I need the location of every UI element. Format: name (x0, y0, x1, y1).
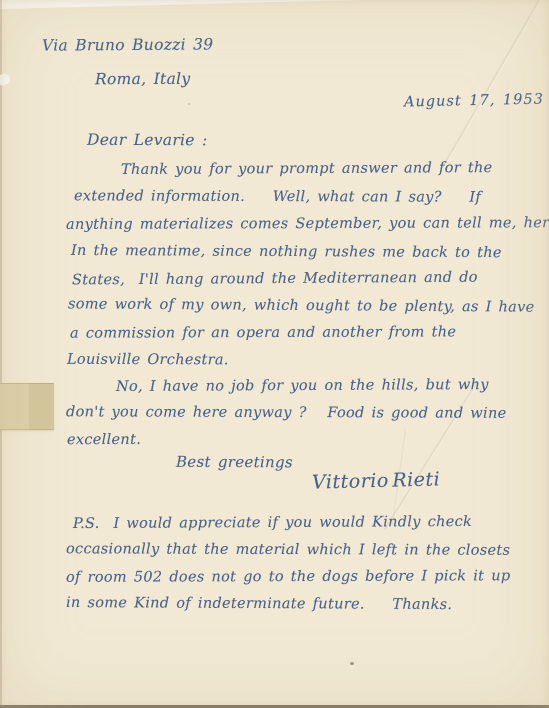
body-line: extended information. Well, what can I s… (74, 187, 481, 206)
postscript-line: P.S. I would appreciate if you would Kin… (73, 513, 472, 533)
paper-top-edge (0, 0, 362, 9)
body-line: In the meantime, since nothing rushes me… (71, 242, 502, 262)
paper-speck (188, 103, 190, 105)
fold-crease (384, 381, 478, 530)
body-line: Thank you for your prompt answer and for… (121, 159, 493, 179)
body-line: don't you come here anyway ? Food is goo… (66, 403, 507, 423)
letter-date: August 17, 1953 (404, 91, 544, 112)
body-line: some work of my own, which ought to be p… (68, 295, 535, 316)
sender-address-line-1: Via Bruno Buozzi 39 (42, 35, 214, 54)
body-line: No, I have no job for you on the hills, … (116, 376, 489, 396)
postscript-line: in some Kind of indeterminate future. Th… (66, 594, 452, 614)
body-line: anything materializes comes September, y… (66, 214, 549, 234)
sender-address-line-2: Roma, Italy (95, 70, 190, 88)
postscript-line: occasionally that the material which I l… (66, 540, 510, 560)
paper-tear-highlight (0, 72, 11, 86)
paper-speck (350, 662, 354, 665)
closing: Best greetings (176, 453, 293, 472)
body-line: excellent. (67, 431, 141, 449)
salutation: Dear Levarie : (87, 131, 208, 149)
body-line: a commission for an opera and another fr… (70, 323, 456, 342)
tape-piece (0, 383, 54, 430)
body-line: Louisville Orchestra. (67, 351, 229, 370)
paper-left-edge (0, 0, 2, 708)
body-line: States, I'll hang around the Mediterrane… (72, 269, 478, 290)
postscript-line: of room 502 does not go to the dogs befo… (66, 567, 510, 587)
fold-crease (442, 0, 544, 167)
letter-scan: Via Bruno Buozzi 39 Roma, Italy August 1… (0, 0, 549, 708)
signature: Vittorio Rieti (312, 470, 441, 491)
